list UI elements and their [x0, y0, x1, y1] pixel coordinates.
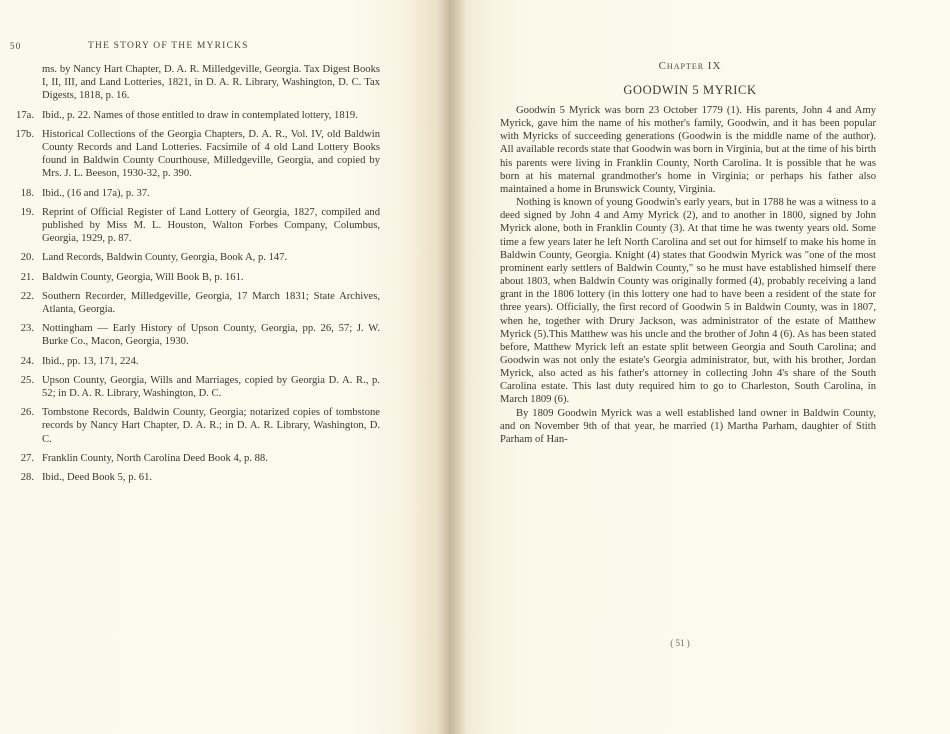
note-text: Upson County, Georgia, Wills and Marriag…	[42, 375, 380, 399]
note-text: Land Records, Baldwin County, Georgia, B…	[42, 252, 287, 263]
note-number: 28.	[8, 471, 38, 484]
note-number: 25.	[8, 374, 38, 387]
paragraph: Nothing is known of young Goodwin's earl…	[500, 196, 876, 407]
note-item: ms. by Nancy Hart Chapter, D. A. R. Mill…	[8, 63, 380, 103]
note-item: 21. Baldwin County, Georgia, Will Book B…	[8, 271, 380, 284]
note-text: Franklin County, North Carolina Deed Boo…	[42, 453, 268, 464]
book-gutter	[435, 0, 465, 734]
note-text: Nottingham — Early History of Upson Coun…	[42, 323, 380, 347]
note-item: 22. Southern Recorder, Milledgeville, Ge…	[8, 290, 380, 316]
note-number: 22.	[8, 290, 38, 303]
note-item: 17b. Historical Collections of the Georg…	[8, 128, 380, 181]
note-text: ms. by Nancy Hart Chapter, D. A. R. Mill…	[42, 64, 380, 101]
note-number: 27.	[8, 452, 38, 465]
note-number: 21.	[8, 271, 38, 284]
note-text: Reprint of Official Register of Land Lot…	[42, 207, 380, 244]
note-text: Baldwin County, Georgia, Will Book B, p.…	[42, 272, 244, 283]
right-page-number: ( 51 )	[640, 638, 720, 648]
chapter-title: GOODWIN 5 MYRICK	[490, 83, 890, 98]
book-spread: 50 THE STORY OF THE MYRICKS ms. by Nancy…	[0, 0, 950, 734]
note-item: 23. Nottingham — Early History of Upson …	[8, 322, 380, 348]
note-text: Ibid., (16 and 17a), p. 37.	[42, 188, 150, 199]
note-item: 19. Reprint of Official Register of Land…	[8, 206, 380, 246]
note-number: 18.	[8, 187, 38, 200]
note-text: Southern Recorder, Milledgeville, Georgi…	[42, 291, 380, 315]
note-number: 20.	[8, 251, 38, 264]
note-text: Tombstone Records, Baldwin County, Georg…	[42, 407, 380, 444]
note-number: 19.	[8, 206, 38, 219]
note-item: 18. Ibid., (16 and 17a), p. 37.	[8, 187, 380, 200]
note-text: Historical Collections of the Georgia Ch…	[42, 129, 380, 180]
note-item: 26. Tombstone Records, Baldwin County, G…	[8, 406, 380, 446]
chapter-body: Goodwin 5 Myrick was born 23 October 177…	[500, 104, 876, 446]
note-number: 17b.	[8, 128, 38, 141]
note-number: 17a.	[8, 109, 38, 122]
note-item: 28. Ibid., Deed Book 5, p. 61.	[8, 471, 380, 484]
note-number: 23.	[8, 322, 38, 335]
note-text: Ibid., Deed Book 5, p. 61.	[42, 472, 152, 483]
note-item: 27. Franklin County, North Carolina Deed…	[8, 452, 380, 465]
footnote-list: ms. by Nancy Hart Chapter, D. A. R. Mill…	[8, 63, 380, 490]
note-number: 26.	[8, 406, 38, 419]
note-item: 25. Upson County, Georgia, Wills and Mar…	[8, 374, 380, 400]
note-number: 24.	[8, 355, 38, 368]
note-item: 20. Land Records, Baldwin County, Georgi…	[8, 251, 380, 264]
note-text: Ibid., p. 22. Names of those entitled to…	[42, 110, 358, 121]
note-item: 24. Ibid., pp. 13, 171, 224.	[8, 355, 380, 368]
paragraph: By 1809 Goodwin Myrick was a well establ…	[500, 407, 876, 446]
note-item: 17a. Ibid., p. 22. Names of those entitl…	[8, 109, 380, 122]
left-page-number: 50	[10, 41, 21, 51]
running-head-title: THE STORY OF THE MYRICKS	[88, 41, 249, 51]
paragraph: Goodwin 5 Myrick was born 23 October 177…	[500, 104, 876, 196]
chapter-label: Chapter IX	[490, 60, 890, 72]
note-text: Ibid., pp. 13, 171, 224.	[42, 356, 139, 367]
